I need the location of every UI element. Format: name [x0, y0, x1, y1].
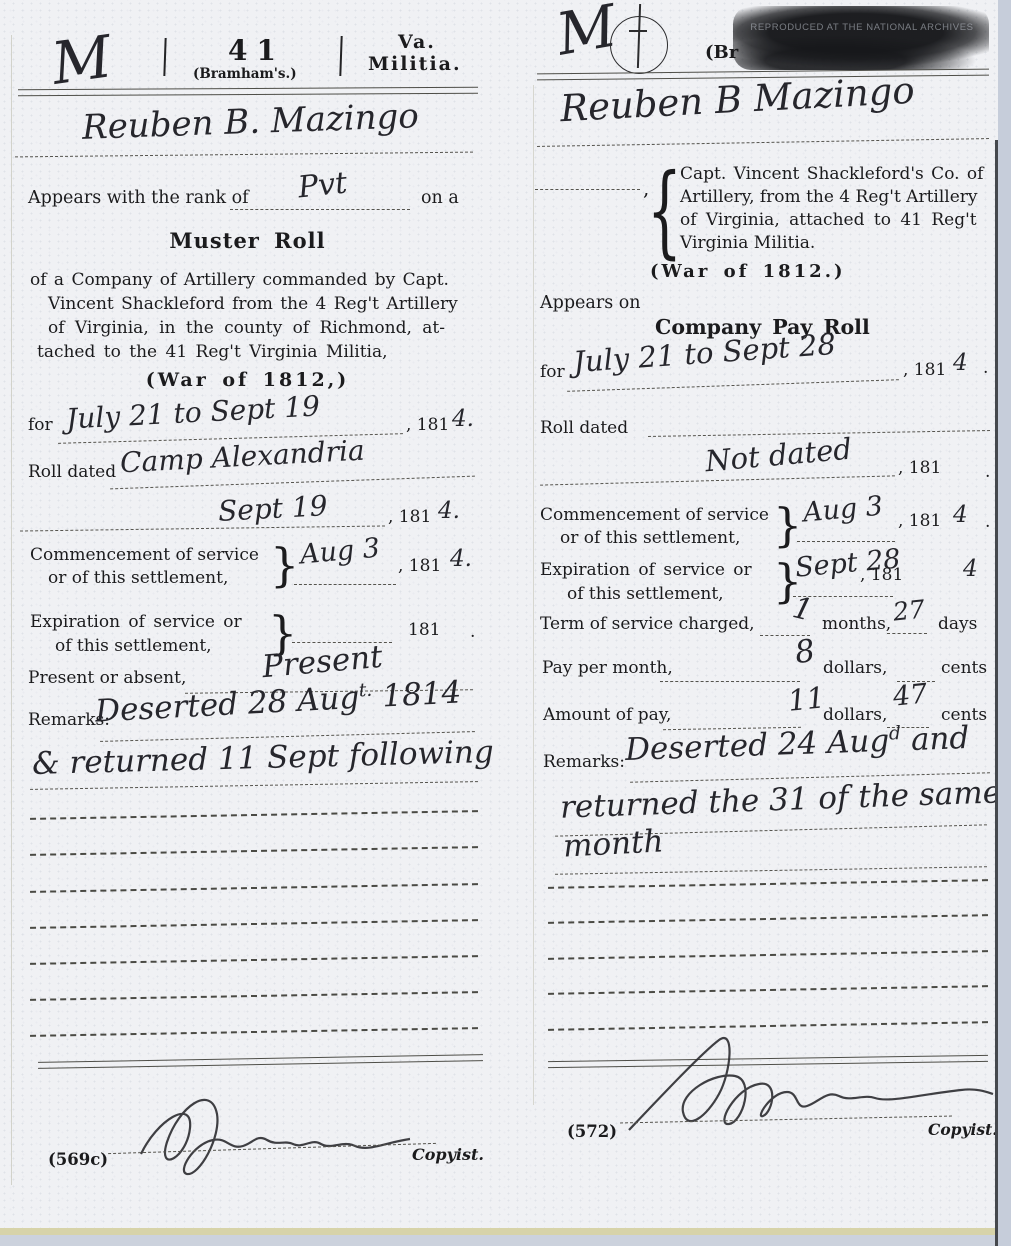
copyist-label-right: Copyist.: [928, 1120, 998, 1139]
blank-line: [548, 878, 988, 889]
roll-dated-label-right: Roll dated: [540, 418, 628, 438]
brace-line-2: Artillery, from the 4 Reg't Artillery: [680, 187, 978, 207]
right-card-edge-line: [533, 85, 534, 1105]
name-line: [15, 151, 473, 158]
for-label: for: [28, 415, 53, 435]
commencement-year-printed-right: , 181: [898, 511, 941, 531]
bottom-strip-blue: [0, 1235, 998, 1246]
term-label: Term of service charged,: [540, 614, 755, 634]
blank-line: [30, 918, 478, 929]
cents-label-pay: cents: [941, 658, 987, 678]
expiration-line2-right: of this settlement,: [567, 584, 724, 604]
brace-line-1: Capt. Vincent Shackleford's Co. of: [680, 164, 983, 184]
blank-line: [30, 809, 478, 820]
pre-brace-line: [535, 188, 640, 190]
remarks1-part2-right: and: [910, 720, 970, 758]
remarks-line2-rule: [30, 780, 478, 790]
commencement-line-right: [797, 540, 895, 542]
roll-dated-year-printed: , 181: [388, 507, 431, 527]
amount-cents-value: 47: [891, 678, 928, 712]
right-name-line: [537, 137, 989, 147]
commencement-line1-right: Commencement of service: [540, 505, 769, 525]
commencement-value: Aug 3: [299, 533, 381, 571]
right-edge-strip: [998, 0, 1011, 1246]
commencement-value-right: Aug 3: [802, 491, 884, 529]
pay-label: Pay per month,: [542, 658, 673, 678]
company-brace: {: [647, 152, 682, 269]
card-number: (569c): [48, 1150, 108, 1169]
for-period-right: .: [983, 358, 988, 378]
blank-line: [30, 882, 478, 893]
redaction-stamp-text: REPRODUCED AT THE NATIONAL ARCHIVES: [743, 22, 981, 33]
war-of-1812-line-right: (War of 1812.): [650, 261, 845, 282]
term-days-line: [887, 632, 927, 634]
blank-line: [548, 984, 988, 995]
for-year-printed-right: , 181: [903, 360, 946, 380]
copyist-signature: [135, 1082, 415, 1177]
days-label: days: [938, 614, 977, 634]
blank-line: [30, 990, 478, 1001]
muster-roll-card: M 41 (Bramham's.) Va. Militia. Reuben B.…: [0, 0, 505, 1246]
cross-horizontal-stroke: [629, 30, 647, 32]
unit-number: 41: [228, 34, 285, 67]
blank-line: [30, 954, 478, 965]
roll-dated-year-written: 4.: [438, 498, 460, 524]
amount-dollars-value: 11: [786, 680, 826, 718]
commencement-year-written: 4.: [450, 546, 472, 572]
muster-roll-title: Muster Roll: [0, 228, 495, 253]
remarks1-superscript-right: d: [889, 723, 902, 744]
expiration-line2: of this settlement,: [55, 636, 212, 656]
remarks-line2-right: returned the 31 of the same: [560, 774, 1002, 825]
expiration-line1-right: Expiration of service or: [540, 560, 752, 580]
remarks-line3-rule-right: [555, 865, 987, 875]
corner-militia: Militia.: [368, 53, 462, 75]
roll-dated-label: Roll dated: [28, 462, 116, 482]
unit-subtitle: (Bramham's.): [193, 66, 297, 82]
pay-dollars-line: [660, 680, 800, 682]
war-of-1812-line: (War of 1812,): [0, 369, 495, 391]
soldier-name: Reuben B. Mazingo: [81, 96, 419, 148]
amount-label: Amount of pay,: [543, 705, 671, 725]
header-divider-bar: [163, 38, 166, 76]
roll-dated-value2: Sept 19: [217, 489, 328, 528]
for-year-written: 4.: [452, 406, 474, 432]
commencement-line2: or of this settlement,: [48, 568, 228, 588]
expiration-year-printed: 181: [408, 620, 440, 640]
dollars-label-amount: dollars,: [823, 705, 887, 725]
header-divider-bar2: [339, 36, 342, 76]
body-line-2: Vincent Shackleford from the 4 Reg't Art…: [48, 294, 458, 314]
blank-line: [548, 913, 988, 924]
term-days-value: 27: [892, 594, 927, 626]
roll-dated-period-right: .: [985, 462, 990, 482]
dollars-label-pay: dollars,: [823, 658, 887, 678]
blank-line: [30, 845, 478, 856]
blank-line: [30, 1026, 478, 1037]
remarks1-part2: 1814: [381, 674, 462, 714]
redaction-smudge: [733, 6, 989, 70]
present-label: Present or absent,: [28, 668, 186, 688]
commencement-year-written-right: 4: [953, 502, 968, 528]
brace-line-3: of Virginia, attached to 41 Reg't: [680, 210, 977, 230]
roll-dated-value-right: Not dated: [704, 432, 853, 479]
copyist-label: Copyist.: [412, 1145, 484, 1164]
rank-line: [230, 208, 410, 210]
body-line-3: of Virginia, in the county of Richmond, …: [48, 318, 445, 338]
remarks-label-right: Remarks:: [543, 752, 625, 772]
expiration-line1: Expiration of service or: [30, 612, 242, 632]
rank-value: Pvt: [296, 166, 349, 206]
expiration-year-written-right: 4: [963, 556, 978, 582]
appears-on-label: Appears on: [540, 293, 641, 313]
remarks-line3-right: month: [562, 823, 664, 864]
pay-dollars-value: 8: [793, 633, 818, 671]
bottom-strip-beige: [0, 1228, 998, 1235]
pay-roll-card: M (Br REPRODUCED AT THE NATIONAL ARCHIVE…: [505, 0, 1011, 1246]
left-initial: M: [48, 22, 116, 98]
body-line-1: of a Company of Artillery commanded by C…: [30, 270, 449, 290]
for-line-right: [567, 378, 899, 392]
blank-line: [548, 949, 988, 960]
for-value: July 21 to Sept 19: [65, 389, 320, 435]
commencement-line: [294, 583, 396, 585]
card-number-right: (572): [567, 1122, 617, 1141]
body-line-4: tached to the 41 Reg't Virginia Militia,: [37, 342, 388, 362]
appears-suffix: on a: [421, 188, 459, 208]
commencement-year-printed: , 181: [398, 556, 441, 576]
corner-state: Va.: [398, 31, 436, 53]
commencement-line2-right: or of this settlement,: [560, 528, 740, 548]
left-card-edge-line: [11, 35, 12, 1185]
roll-dated-line2: [20, 524, 385, 531]
commencement-period-right: .: [985, 512, 990, 532]
expiration-year-printed-right: , 181: [860, 565, 903, 585]
for-label-right: for: [540, 362, 565, 382]
brace-line-4: Virginia Militia.: [680, 233, 815, 253]
scanned-document-page: M 41 (Bramham's.) Va. Militia. Reuben B.…: [0, 0, 1011, 1246]
for-year-printed: , 181: [406, 415, 449, 435]
commencement-line1: Commencement of service: [30, 545, 259, 565]
months-label: months,: [822, 614, 891, 634]
appears-prefix: Appears with the rank of: [28, 188, 249, 208]
remarks1-superscript: t.: [358, 680, 372, 702]
for-year-written-right: 4: [953, 350, 968, 376]
expiration-period: .: [470, 622, 475, 642]
commencement-brace-right: }: [773, 498, 802, 552]
roll-dated-year-printed-right: , 181: [898, 458, 941, 478]
